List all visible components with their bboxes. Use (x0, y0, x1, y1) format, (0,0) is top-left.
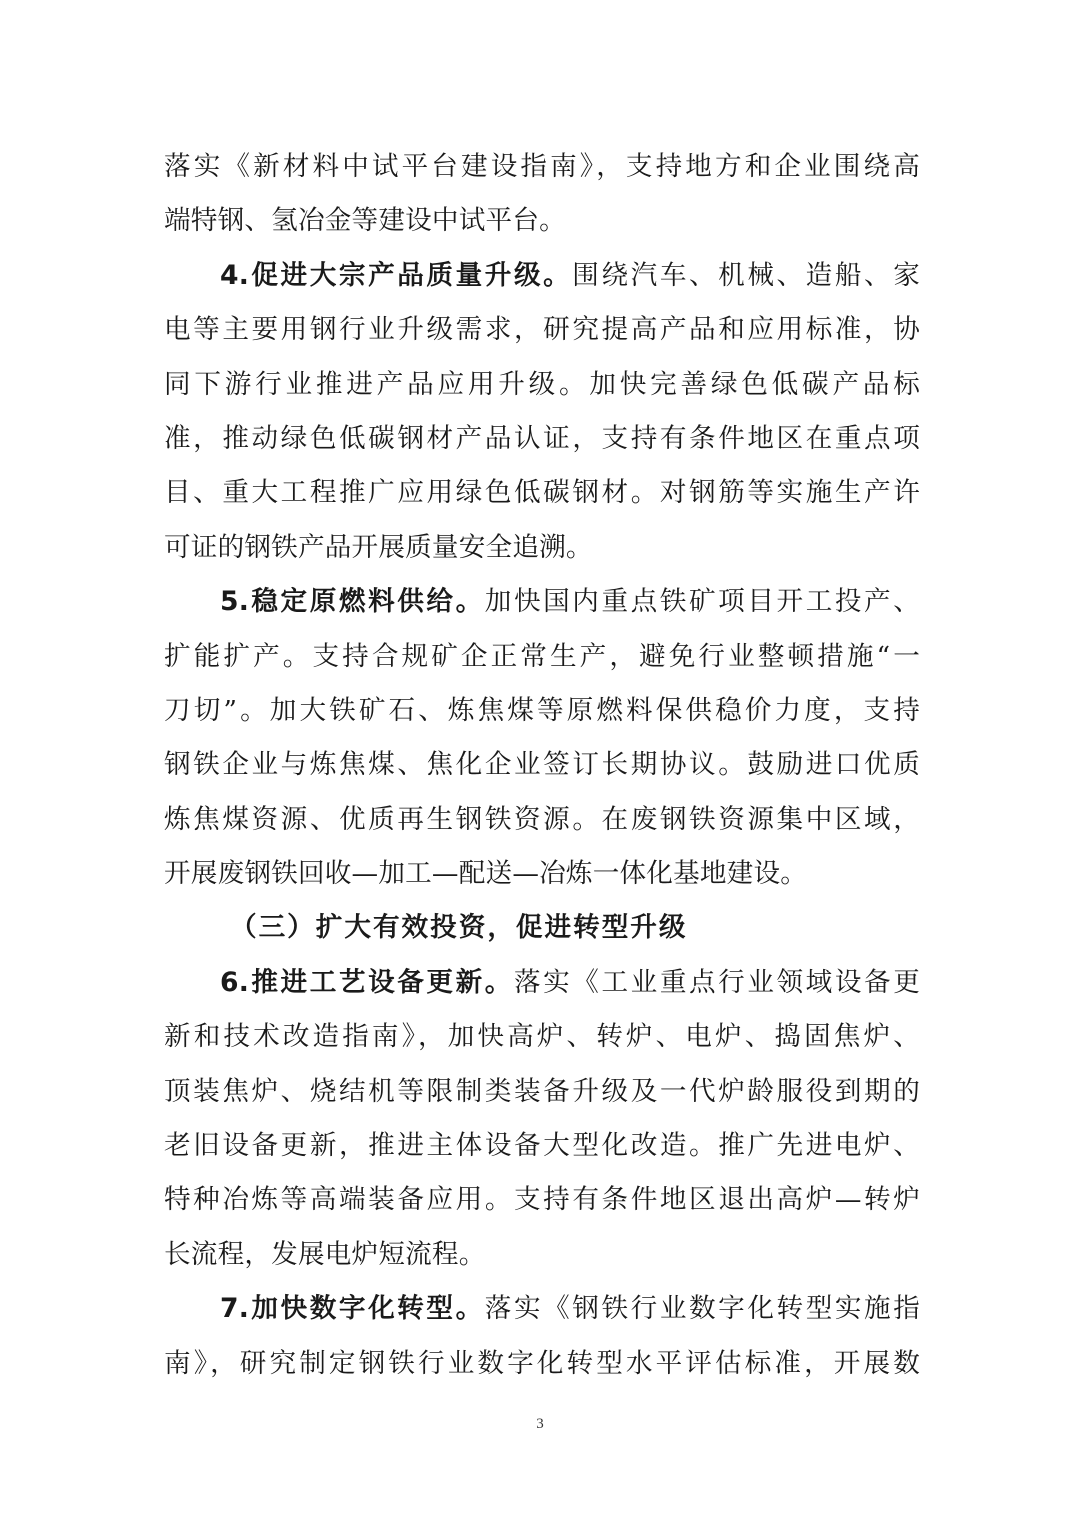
text-line: 目、重大工程推广应用绿色低碳钢材。对钢筋等实施生产许 (164, 466, 920, 520)
text-line: 南》，研究制定钢铁行业数字化转型水平评估标准，开展数 (164, 1337, 920, 1391)
text-line: 新和技术改造指南》，加快高炉、转炉、电炉、捣固焦炉、 (164, 1010, 920, 1064)
text-line: 端特钢、氢冶金等建设中试平台。 (164, 194, 920, 248)
item-heading-line: 5.稳定原燃料供给。加快国内重点铁矿项目开工投产、 (164, 575, 920, 629)
text-line: 老旧设备更新，推进主体设备大型化改造。推广先进电炉、 (164, 1119, 920, 1173)
item-title: 4.促进大宗产品质量升级。 (220, 260, 572, 291)
text-line: 炼焦煤资源、优质再生钢铁资源。在废钢铁资源集中区域， (164, 793, 920, 847)
text-line: 可证的钢铁产品开展质量安全追溯。 (164, 521, 920, 575)
item-heading-line: 7.加快数字化转型。落实《钢铁行业数字化转型实施指 (164, 1282, 920, 1336)
item-text: 围绕汽车、机械、造船、家 (572, 260, 920, 291)
text-line: 准，推动绿色低碳钢材产品认证，支持有条件地区在重点项 (164, 412, 920, 466)
item-title: 5.稳定原燃料供给。 (220, 586, 485, 617)
text-line: 电等主要用钢行业升级需求，研究提高产品和应用标准，协 (164, 303, 920, 357)
text-line: 特种冶炼等高端装备应用。支持有条件地区退出高炉—转炉 (164, 1173, 920, 1227)
page-number: 3 (0, 1416, 1080, 1433)
text-line: 开展废钢铁回收—加工—配送—冶炼一体化基地建设。 (164, 847, 920, 901)
section-heading-line: （三）扩大有效投资，促进转型升级 (164, 901, 920, 955)
text-line: 钢铁企业与炼焦煤、焦化企业签订长期协议。鼓励进口优质 (164, 738, 920, 792)
item-title: 7.加快数字化转型。 (220, 1293, 485, 1324)
section-heading: （三）扩大有效投资，促进转型升级 (230, 912, 688, 943)
item-heading-line: 4.促进大宗产品质量升级。围绕汽车、机械、造船、家 (164, 249, 920, 303)
document-body: 落实《新材料中试平台建设指南》，支持地方和企业围绕高 端特钢、氢冶金等建设中试平… (164, 140, 920, 1391)
item-text: 落实《钢铁行业数字化转型实施指 (485, 1293, 920, 1324)
item-text: 加快国内重点铁矿项目开工投产、 (485, 586, 920, 617)
text-line: 扩能扩产。支持合规矿企正常生产，避免行业整顿措施“一 (164, 630, 920, 684)
item-title: 6.推进工艺设备更新。 (220, 967, 514, 998)
document-page: 落实《新材料中试平台建设指南》，支持地方和企业围绕高 端特钢、氢冶金等建设中试平… (0, 0, 1080, 1527)
text-line: 刀切”。加大铁矿石、炼焦煤等原燃料保供稳价力度，支持 (164, 684, 920, 738)
item-text: 落实《工业重点行业领域设备更 (514, 967, 920, 998)
item-heading-line: 6.推进工艺设备更新。落实《工业重点行业领域设备更 (164, 956, 920, 1010)
text-line: 同下游行业推进产品应用升级。加快完善绿色低碳产品标 (164, 358, 920, 412)
text-line: 长流程，发展电炉短流程。 (164, 1228, 920, 1282)
text-line: 顶装焦炉、烧结机等限制类装备升级及一代炉龄服役到期的 (164, 1065, 920, 1119)
text-line: 落实《新材料中试平台建设指南》，支持地方和企业围绕高 (164, 140, 920, 194)
